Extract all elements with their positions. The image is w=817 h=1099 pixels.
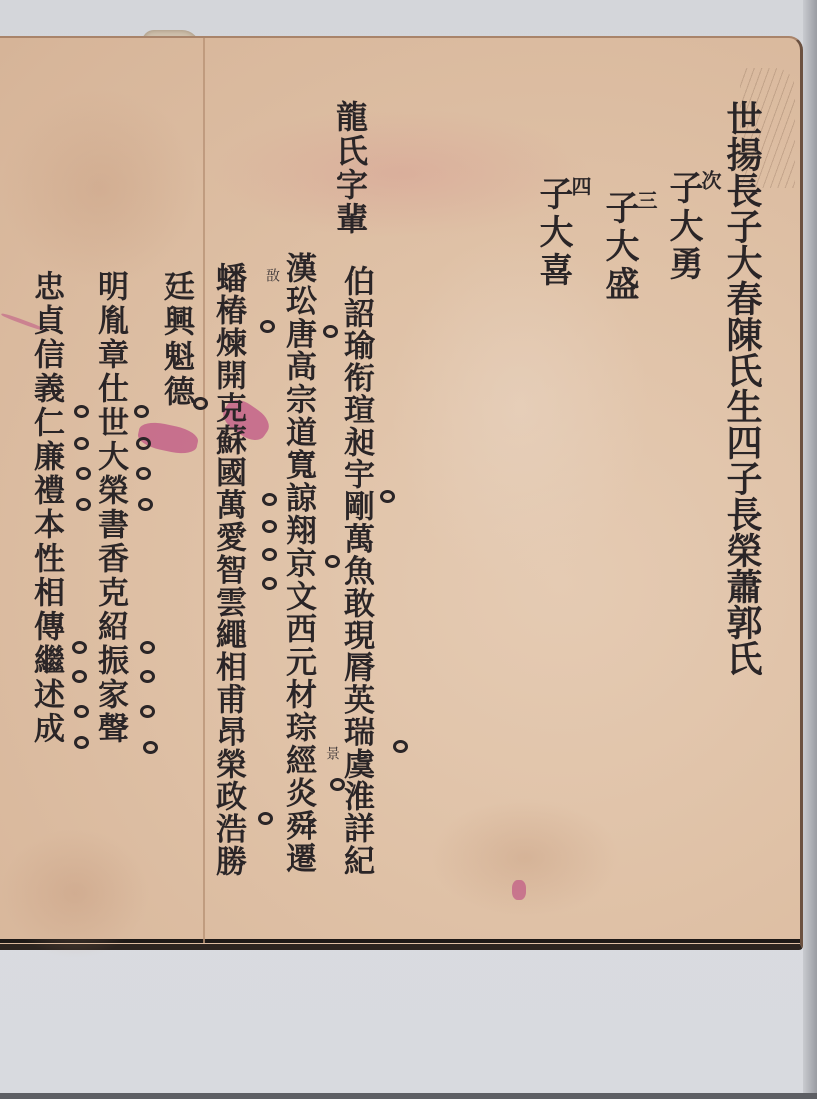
circle-marker [140,705,155,718]
second-son-name: 子大勇 [663,170,703,284]
annotation-note: 景 [322,746,342,760]
circle-marker [140,670,155,683]
circle-marker [193,397,208,410]
family-record-line: 世揚長子大春陳氏生四子長榮蕭郭氏 [724,100,760,676]
ink-stain [512,880,526,900]
circle-marker [74,405,89,418]
third-label: 三 [636,190,656,298]
generation-poem-heading: 龍氏字輩 [334,100,366,236]
circle-marker [74,437,89,450]
poem-column-2: 漢玜唐高宗道寬諒翔京文西元材琮經炎舜遷 [282,252,313,875]
circle-marker [136,437,151,450]
circle-marker [262,548,277,561]
circle-marker [262,493,277,506]
poem-column-5: 明胤章仕世大榮書香克紹振家聲 [94,270,125,746]
circle-marker [74,705,89,718]
circle-marker [258,812,273,825]
third-son-name: 子大盛 [599,190,639,304]
poem-column-3: 蟠椿煉開克蘇國萬愛智雲繩相甫昂榮政浩勝 [212,262,243,878]
circle-marker [136,467,151,480]
circle-marker [323,325,338,338]
circle-marker [393,740,408,753]
circle-marker [72,641,87,654]
third-son-line: 三 子大盛 [602,190,656,304]
circle-marker [143,741,158,754]
water-stain [0,828,150,958]
circle-marker [140,641,155,654]
second-son-line: 次 子大勇 [666,170,720,284]
circle-marker [262,520,277,533]
second-label: 次 [700,170,720,280]
water-stain [0,88,200,288]
circle-marker [380,490,395,503]
fourth-label: 四 [570,176,590,284]
scanner-edge [803,0,817,1099]
circle-marker [134,405,149,418]
circle-marker [330,778,345,791]
water-stain [430,798,620,918]
circle-marker [76,467,91,480]
scanner-edge-bottom [0,1093,817,1099]
circle-marker [72,670,87,683]
annotation-note: 敔 [262,268,282,282]
circle-marker [325,555,340,568]
circle-marker [76,498,91,511]
page-fold-line [203,38,205,943]
circle-marker [138,498,153,511]
fourth-son-name: 子大喜 [533,176,573,290]
poem-column-4: 廷興魁德 [160,270,191,410]
poem-column-6: 忠貞信義仁廉禮本性相傳繼述成 [30,270,61,746]
circle-marker [260,320,275,333]
fourth-son-line: 四 子大喜 [536,176,590,290]
circle-marker [74,736,89,749]
circle-marker [262,577,277,590]
